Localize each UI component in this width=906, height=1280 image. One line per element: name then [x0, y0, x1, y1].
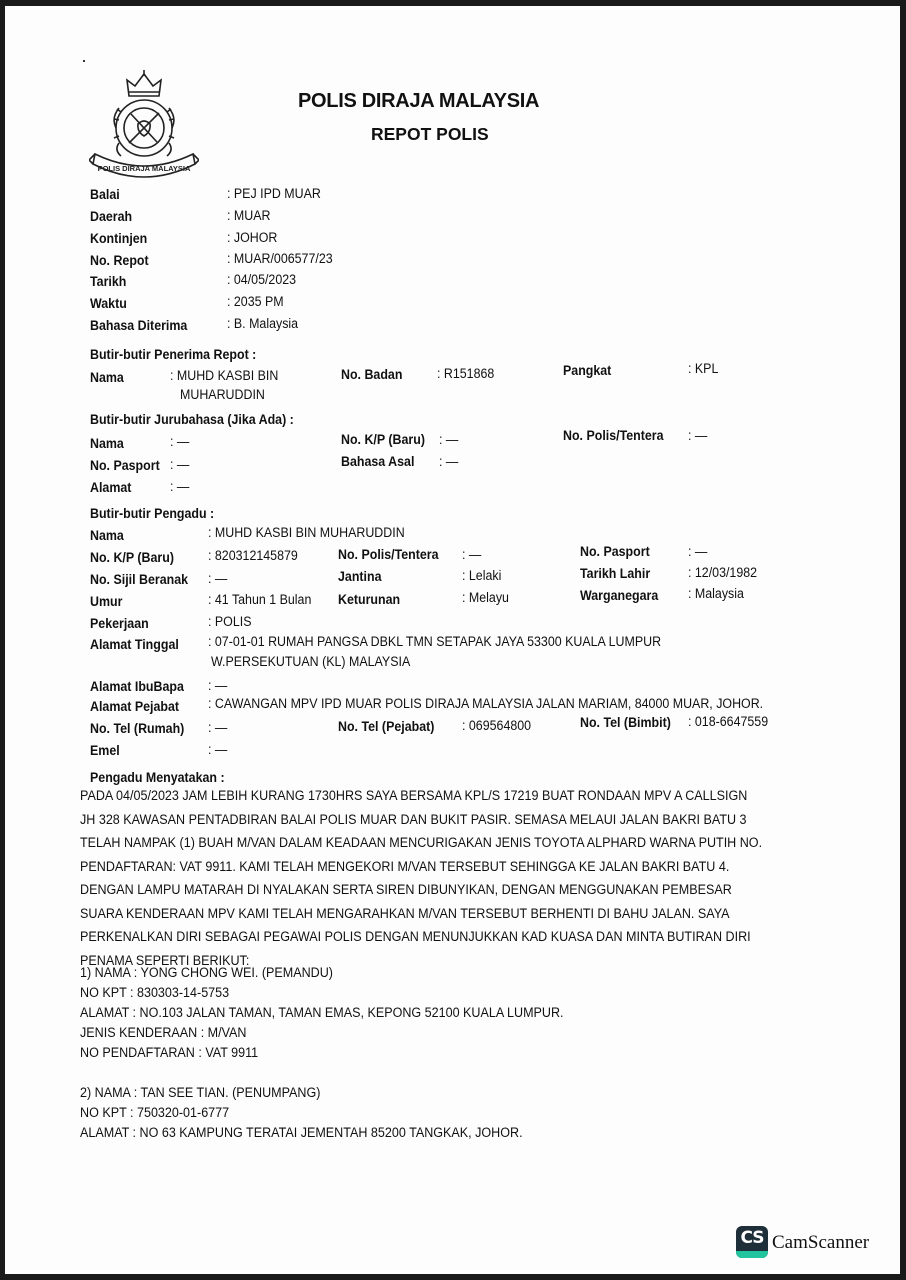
pengadu-lahir-label: Tarikh Lahir: [580, 566, 650, 581]
person-name-line: 2) NAMA : TAN SEE TIAN. (PENUMPANG): [80, 1085, 320, 1100]
waktu-value: : 2035 PM: [227, 294, 284, 309]
jurubahasa-bahasa-value: : —: [439, 454, 458, 469]
jurubahasa-polis-label: No. Polis/Tentera: [563, 428, 664, 443]
penerima-nama-value-cont: MUHARUDDIN: [180, 387, 265, 402]
pengadu-umur-value: : 41 Tahun 1 Bulan: [208, 592, 311, 607]
kontinjen-value: : JOHOR: [227, 230, 277, 245]
pengadu-sijil-value: : —: [208, 571, 227, 586]
statement-line: PENDAFTARAN: VAT 9911. KAMI TELAH MENGEK…: [80, 859, 729, 874]
pengadu-ibubapa-label: Alamat IbuBapa: [90, 679, 184, 694]
person-detail-line: JENIS KENDERAAN : M/VAN: [80, 1025, 247, 1040]
jurubahasa-nama-value: : —: [170, 434, 189, 449]
scanned-page: POLIS DIRAJA MALAYSIA POLIS DIRAJA MALAY…: [5, 6, 900, 1274]
person-detail-line: ALAMAT : NO.103 JALAN TAMAN, TAMAN EMAS,…: [80, 1005, 564, 1020]
jurubahasa-kp-label: No. K/P (Baru): [341, 432, 425, 447]
pengadu-umur-label: Umur: [90, 594, 122, 609]
pengadu-kp-label: No. K/P (Baru): [90, 550, 174, 565]
camscanner-brand: CamScanner: [772, 1232, 869, 1254]
pengadu-tinggal-value-cont: W.PERSEKUTUAN (KL) MALAYSIA: [211, 654, 410, 669]
jurubahasa-alamat-value: : —: [170, 479, 189, 494]
camscanner-badge-text: CS: [736, 1228, 768, 1248]
statement-line: JH 328 KAWASAN PENTADBIRAN BALAI POLIS M…: [80, 812, 747, 827]
kontinjen-label: Kontinjen: [90, 231, 147, 246]
balai-value: : PEJ IPD MUAR: [227, 186, 321, 201]
pengadu-warga-label: Warganegara: [580, 588, 658, 603]
pengadu-kerja-value: : POLIS: [208, 614, 251, 629]
pengadu-nama-label: Nama: [90, 528, 124, 543]
pengadu-keturunan-label: Keturunan: [338, 592, 400, 607]
bahasa-diterima-value: : B. Malaysia: [227, 316, 298, 331]
jurubahasa-pasport-value: : —: [170, 457, 189, 472]
jurubahasa-alamat-label: Alamat: [90, 480, 131, 495]
person-detail-line: ALAMAT : NO 63 KAMPUNG TERATAI JEMENTAH …: [80, 1125, 523, 1140]
pangkat-value: : KPL: [688, 361, 718, 376]
tarikh-label: Tarikh: [90, 274, 126, 289]
pengadu-emel-label: Emel: [90, 743, 120, 758]
pengadu-sijil-label: No. Sijil Beranak: [90, 572, 188, 587]
statement-heading: Pengadu Menyatakan :: [90, 770, 225, 785]
doc-title: REPOT POLIS: [371, 124, 489, 145]
pengadu-telpejabat-value: : 069564800: [462, 718, 531, 733]
pengadu-telrumah-label: No. Tel (Rumah): [90, 721, 184, 736]
pengadu-pejabat-value: : CAWANGAN MPV IPD MUAR POLIS DIRAJA MAL…: [208, 696, 763, 711]
no-repot-value: : MUAR/006577/23: [227, 251, 333, 266]
no-badan-label: No. Badan: [341, 367, 402, 382]
pengadu-heading: Butir-butir Pengadu :: [90, 506, 214, 521]
statement-line: TELAH NAMPAK (1) BUAH M/VAN DALAM KEADAA…: [80, 835, 762, 850]
svg-text:POLIS DIRAJA MALAYSIA: POLIS DIRAJA MALAYSIA: [98, 164, 191, 173]
person-name-line: 1) NAMA : YONG CHONG WEI. (PEMANDU): [80, 965, 333, 980]
person-detail-line: NO KPT : 750320-01-6777: [80, 1105, 229, 1120]
org-title: POLIS DIRAJA MALAYSIA: [298, 90, 539, 113]
jurubahasa-kp-value: : —: [439, 432, 458, 447]
waktu-label: Waktu: [90, 296, 127, 311]
jurubahasa-bahasa-label: Bahasa Asal: [341, 454, 414, 469]
statement-line: PADA 04/05/2023 JAM LEBIH KURANG 1730HRS…: [80, 788, 747, 803]
pengadu-kp-value: : 820312145879: [208, 548, 298, 563]
daerah-label: Daerah: [90, 209, 132, 224]
pengadu-ibubapa-value: : —: [208, 678, 227, 693]
pengadu-tinggal-label: Alamat Tinggal: [90, 637, 179, 652]
jurubahasa-heading: Butir-butir Jurubahasa (Jika Ada) :: [90, 412, 294, 427]
bahasa-diterima-label: Bahasa Diterima: [90, 318, 187, 333]
camscanner-badge-bar: [736, 1251, 768, 1258]
pengadu-polis-label: No. Polis/Tentera: [338, 547, 439, 562]
statement-line: DENGAN LAMPU MATARAH DI NYALAKAN SERTA S…: [80, 882, 732, 897]
jurubahasa-polis-value: : —: [688, 428, 707, 443]
pengadu-warga-value: : Malaysia: [688, 586, 744, 601]
pengadu-telpejabat-label: No. Tel (Pejabat): [338, 719, 434, 734]
jurubahasa-nama-label: Nama: [90, 436, 124, 451]
pengadu-keturunan-value: : Melayu: [462, 590, 509, 605]
pengadu-telbimbit-value: : 018-6647559: [688, 714, 768, 729]
person-detail-line: NO KPT : 830303-14-5753: [80, 985, 229, 1000]
statement-line: SUARA KENDERAAN MPV KAMI TELAH MENGARAHK…: [80, 906, 730, 921]
pengadu-tinggal-value: : 07-01-01 RUMAH PANGSA DBKL TMN SETAPAK…: [208, 634, 661, 649]
balai-label: Balai: [90, 187, 120, 202]
tarikh-value: : 04/05/2023: [227, 272, 296, 287]
pengadu-telrumah-value: : —: [208, 720, 227, 735]
penerima-heading: Butir-butir Penerima Repot :: [90, 347, 256, 362]
person-detail-line: NO PENDAFTARAN : VAT 9911: [80, 1045, 258, 1060]
pangkat-label: Pangkat: [563, 363, 611, 378]
pengadu-lahir-value: : 12/03/1982: [688, 565, 757, 580]
pengadu-nama-value: : MUHD KASBI BIN MUHARUDDIN: [208, 525, 405, 540]
no-badan-value: : R151868: [437, 366, 494, 381]
pengadu-telbimbit-label: No. Tel (Bimbit): [580, 715, 671, 730]
penerima-nama-label: Nama: [90, 370, 124, 385]
penerima-nama-value: : MUHD KASBI BIN: [170, 368, 278, 383]
statement-line: PERKENALKAN DIRI SEBAGAI PEGAWAI POLIS D…: [80, 929, 751, 944]
pengadu-pasport-label: No. Pasport: [580, 544, 650, 559]
pengadu-jantina-value: : Lelaki: [462, 568, 501, 583]
camscanner-logo-icon: CS: [736, 1226, 768, 1258]
pengadu-polis-value: : —: [462, 547, 481, 562]
pengadu-pasport-value: : —: [688, 544, 707, 559]
pdrm-crest-icon: POLIS DIRAJA MALAYSIA: [89, 68, 199, 180]
jurubahasa-pasport-label: No. Pasport: [90, 458, 160, 473]
pengadu-kerja-label: Pekerjaan: [90, 616, 149, 631]
pengadu-jantina-label: Jantina: [338, 569, 381, 584]
pengadu-emel-value: : —: [208, 742, 227, 757]
no-repot-label: No. Repot: [90, 253, 149, 268]
daerah-value: : MUAR: [227, 208, 270, 223]
pengadu-pejabat-label: Alamat Pejabat: [90, 699, 179, 714]
scan-dot: [83, 60, 85, 62]
